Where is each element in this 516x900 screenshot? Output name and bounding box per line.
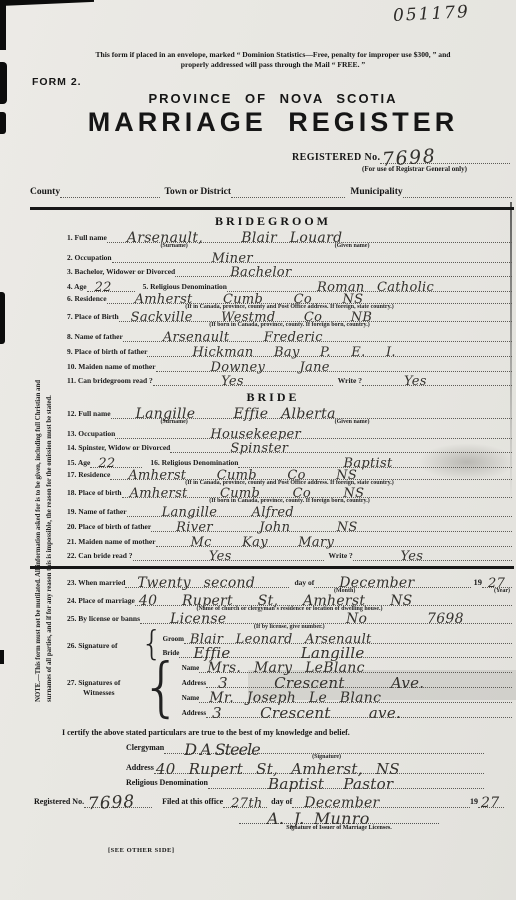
bride-sig-label: Bride — [163, 649, 180, 658]
witness-rows: Name Mrs. Mary LeBlanc Address 3 Crescen… — [182, 658, 512, 718]
hw-registered-no-bottom: 7698 — [88, 796, 136, 811]
witnesses-label-col: 27. Signatures of Witnesses — [67, 678, 141, 698]
hw-bride-full-name: Langille Effie Alberta — [136, 408, 336, 421]
hw-registered-no: 7698 — [382, 150, 437, 167]
signature-of-block: 26. Signature of { Groom Blair Leonard A… — [67, 630, 512, 658]
denomination-label: Religious Denomination — [126, 778, 208, 789]
county-label: County — [30, 187, 60, 198]
clergyman-address-label: Address — [126, 763, 154, 774]
bride-father-birthplace-line: River John NS — [151, 516, 512, 532]
row-clergyman: Clergyman D A Steele — [126, 739, 484, 754]
issuer-signature-block: A. J. Munro Signature of Issuer of Marri… — [239, 808, 439, 832]
row-groom-occupation: 2. Occupation Miner — [67, 249, 512, 263]
groom-residence-label: 6. Residence — [67, 294, 107, 304]
row-bride-occupation: 13. Occupation Housekeeper — [67, 425, 512, 439]
row-groom-age-religion: 4. Age 22 5. Religious Denomination Roma… — [67, 277, 512, 292]
groom-mother-label: 10. Maiden name of mother — [67, 362, 156, 372]
filed-month-line: December — [292, 792, 470, 808]
municipality-label: Municipality — [350, 187, 402, 198]
see-other-side-note: [SEE OTHER SIDE] — [108, 847, 512, 854]
witness2-address-label: Address — [182, 709, 206, 718]
witness1-address-line: 3 Crescent Ave. — [206, 672, 512, 688]
witness1-name-line: Mrs. Mary LeBlanc — [199, 657, 512, 673]
clergyman-address-line: 40 Rupert St, Amherst, NS — [154, 759, 484, 774]
bride-birthplace-line: Amherst Cumb Co NS — [122, 485, 512, 498]
witness2-name-line: Mr. Joseph Le Blanc — [199, 687, 512, 703]
hw-bride-write: Yes — [401, 550, 424, 563]
witnesses-label-line2: Witnesses — [83, 688, 141, 698]
row-witness1-name: Name Mrs. Mary LeBlanc — [182, 658, 512, 673]
bride-full-name-line: Langille Effie Alberta — [111, 403, 512, 419]
marriage-section: 23. When married Twenty second day of De… — [67, 573, 512, 718]
denomination-line: Baptist Pastor — [208, 773, 484, 789]
row-groom-mother: 10. Maiden name of mother Downey Jane — [67, 357, 512, 372]
bride-section: 12. Full name Langille Effie Alberta (Su… — [67, 404, 512, 561]
mailing-notice: This form if placed in an envelope, mark… — [34, 50, 512, 69]
hw-groom-birthplace: Sackville Westmd Co NB — [131, 311, 373, 324]
row-place-of-marriage: 24. Place of marriage 40 Rupert St, Amhe… — [67, 594, 512, 606]
row-bride-signature: Bride Effie Langille — [163, 644, 512, 658]
town-label: Town or District — [165, 187, 232, 198]
form-number-label: FORM 2. — [32, 76, 512, 88]
town-line — [231, 181, 345, 198]
bridegroom-section: 1. Full name Arsenault, Blair Louard (Su… — [67, 228, 512, 386]
bride-status-line: Spinster — [170, 438, 512, 453]
clergyman-line: D A Steele — [164, 738, 484, 754]
when-married-line: Twenty second — [125, 572, 289, 588]
registered-no-label: REGISTERED No. — [292, 152, 380, 164]
hw-month: December — [339, 577, 414, 590]
brace-icon: { — [141, 659, 182, 717]
hw-filed-year: 27 — [481, 797, 499, 810]
registered-no-bottom-line: 7698 — [84, 792, 152, 808]
certify-statement: I certify the above stated particulars a… — [62, 728, 512, 737]
filed-day-of-label: day of — [271, 797, 292, 808]
row-when-married: 23. When married Twenty second day of De… — [67, 573, 512, 588]
bride-occupation-label: 13. Occupation — [67, 429, 115, 439]
row-bride-read-write: 22. Can bride read ? Yes Write ? Yes — [67, 547, 512, 561]
hw-bride-read: Yes — [209, 550, 232, 563]
row-groom-birthplace: 7. Place of Birth Sackville Westmd Co NB — [67, 310, 512, 322]
hw-clergyman-signature: D A Steele — [184, 743, 259, 756]
groom-read-line: Yes — [153, 371, 333, 386]
row-bride-mother: 21. Maiden name of mother Mc Kay Mary — [67, 532, 512, 547]
marriage-register-scan: NOTE.—This form must not be mutilated. A… — [0, 0, 516, 900]
bride-residence-label: 17. Residence — [67, 470, 110, 480]
row-groom-residence: 6. Residence Amherst Cumb Co NS — [67, 292, 512, 304]
hw-license: License No 7698 — [170, 613, 464, 626]
groom-age-line: 22 — [87, 276, 135, 292]
hw-bride-residence: Amherst Cumb Co NS — [128, 469, 357, 482]
bride-read-label: 22. Can bride read ? — [67, 551, 133, 561]
row-bride-father-birthplace: 20. Place of birth of father River John … — [67, 517, 512, 532]
bride-write-line: Yes — [353, 546, 512, 561]
hw-denomination: Baptist Pastor — [268, 778, 393, 791]
groom-occupation-label: 2. Occupation — [67, 253, 112, 263]
hw-groom-write: Yes — [404, 375, 427, 388]
row-witness1-address: Address 3 Crescent Ave. — [182, 673, 512, 688]
license-line: License No 7698 — [140, 611, 512, 624]
row-clergyman-address: Address 40 Rupert St, Amherst, NS — [126, 760, 484, 774]
groom-birthplace-line: Sackville Westmd Co NB — [119, 309, 512, 322]
row-denomination: Religious Denomination Baptist Pastor — [126, 774, 484, 789]
scan-artifact-left-blob-2 — [0, 112, 6, 134]
row-witness2-address: Address 3 Crescent ave. — [182, 703, 512, 718]
scan-artifact-left-blob-3 — [0, 292, 5, 344]
row-groom-read-write: 11. Can bridegroom read ? Yes Write ? Ye… — [67, 372, 512, 386]
hw-groom-full-name: Arsenault, Blair Louard — [127, 232, 343, 245]
year-prefix: 19 — [474, 578, 483, 588]
row-bride-status: 14. Spinster, Widow or Divorced Spinster — [67, 439, 512, 453]
month-line: December — [314, 572, 470, 588]
filed-year-prefix: 19 — [470, 797, 478, 808]
hw-place-of-marriage: 40 Rupert St, Amherst NS — [139, 595, 413, 608]
groom-full-name-label: 1. Full name — [67, 233, 107, 243]
filed-day-line: 27th — [223, 792, 267, 808]
page-title: MARRIAGE REGISTER — [34, 108, 512, 136]
row-witness2-name: Name Mr. Joseph Le Blanc — [182, 688, 512, 703]
mailing-notice-line1: This form if placed in an envelope, mark… — [34, 50, 512, 60]
groom-sig-line: Blair Leonard Arsenault — [184, 629, 512, 644]
bride-father-label: 19. Name of father — [67, 507, 127, 517]
groom-age-label: 4. Age — [67, 282, 87, 292]
mailing-notice-line2: properly addressed will pass through the… — [34, 60, 512, 70]
groom-write-line: Yes — [362, 371, 512, 386]
groom-religion-line: Roman Catholic — [227, 276, 512, 292]
year-line: 27 — [482, 572, 512, 588]
hw-groom-residence: Amherst Cumb Co NS — [135, 293, 364, 306]
row-groom-status: 3. Bachelor, Widower or Divorced Bachelo… — [67, 263, 512, 277]
bride-religion-line: Baptist — [238, 452, 512, 468]
bride-read-line: Yes — [133, 546, 324, 561]
row-groom-full-name: 1. Full name Arsenault, Blair Louard — [67, 228, 512, 243]
bride-residence-line: Amherst Cumb Co NS — [110, 467, 512, 480]
row-bride-age-religion: 15. Age 22 16. Religious Denomination Ba… — [67, 453, 512, 468]
filed-label: Filed at this office — [162, 797, 223, 808]
witness1-name-label: Name — [182, 664, 200, 673]
hw-year: 27 — [488, 577, 505, 590]
day-of-label: day of — [294, 578, 314, 588]
witnesses-label-line1: 27. Signatures of — [67, 678, 141, 688]
registered-no-row: REGISTERED No. 7698 — [292, 144, 510, 164]
license-label: 25. By license or banns — [67, 614, 140, 624]
groom-mother-line: Downey Jane — [156, 356, 512, 372]
row-groom-father-birthplace: 9. Place of birth of father Hickman Bay … — [67, 342, 512, 357]
groom-read-label: 11. Can bridegroom read ? — [67, 376, 153, 386]
bride-full-name-label: 12. Full name — [67, 409, 111, 419]
groom-father-label: 8. Name of father — [67, 332, 123, 342]
hw-groom-read: Yes — [221, 375, 244, 388]
county-line — [60, 181, 159, 198]
hw-issuer-signature: A. J. Munro — [267, 812, 370, 825]
scan-artifact-left-strip — [0, 0, 6, 50]
groom-birthplace-label: 7. Place of Birth — [67, 312, 119, 322]
row-bride-birthplace: 18. Place of birth Amherst Cumb Co NS — [67, 486, 512, 498]
form-content: This form if placed in an envelope, mark… — [34, 0, 512, 854]
groom-father-birthplace-line: Hickman Bay P. E. I. — [147, 341, 512, 357]
bride-father-line: Langille Alfred — [127, 503, 512, 517]
row-groom-signature: Groom Blair Leonard Arsenault — [163, 630, 512, 644]
bride-sig-line: Effie Langille — [179, 643, 512, 658]
bride-birthplace-label: 18. Place of birth — [67, 488, 122, 498]
scan-artifact-left-blob-4 — [0, 650, 4, 664]
section-divider-middle — [30, 566, 514, 569]
bride-occupation-line: Housekeeper — [115, 424, 512, 439]
bride-age-label: 15. Age — [67, 458, 90, 468]
groom-occupation-line: Miner — [112, 248, 512, 263]
county-row: County Town or District Municipality — [30, 182, 512, 198]
witness2-name-label: Name — [182, 694, 200, 703]
province-heading: PROVINCE OF NOVA SCOTIA — [34, 91, 512, 106]
signature-of-label-col: 26. Signature of — [67, 635, 141, 653]
bride-age-line: 22 — [90, 452, 142, 468]
row-registered-filed: Registered No. 7698 Filed at this office… — [34, 793, 504, 808]
place-of-marriage-line: 40 Rupert St, Amherst NS — [135, 593, 512, 606]
signature-rows: Groom Blair Leonard Arsenault Bride Effi… — [163, 630, 512, 658]
section-divider-top — [30, 207, 514, 210]
clergyman-label: Clergyman — [126, 743, 164, 754]
row-bride-residence: 17. Residence Amherst Cumb Co NS — [67, 468, 512, 480]
groom-residence-line: Amherst Cumb Co NS — [107, 291, 512, 304]
issuer-signature-line: A. J. Munro — [239, 808, 439, 824]
when-married-label: 23. When married — [67, 578, 125, 588]
groom-status-line: Bachelor — [175, 262, 512, 277]
municipality-line — [403, 181, 512, 198]
hw-bride-birthplace: Amherst Cumb Co NS — [130, 487, 365, 500]
row-license: 25. By license or banns License No 7698 — [67, 612, 512, 624]
signature-of-label: 26. Signature of — [67, 641, 118, 651]
registered-no-line: 7698 — [380, 143, 510, 164]
groom-full-name-line: Arsenault, Blair Louard — [107, 227, 512, 243]
witnesses-block: 27. Signatures of Witnesses { Name Mrs. … — [67, 658, 512, 718]
bride-write-label: Write ? — [329, 551, 353, 561]
groom-father-birthplace-label: 9. Place of birth of father — [67, 347, 147, 357]
witness2-address-line: 3 Crescent ave. — [206, 702, 512, 718]
hw-witness2-address: 3 Crescent ave. — [212, 707, 401, 720]
groom-father-line: Arsenault Frederic — [123, 327, 512, 342]
bride-mother-line: Mc Kay Mary — [156, 531, 512, 547]
place-of-marriage-label: 24. Place of marriage — [67, 596, 135, 606]
groom-write-label: Write ? — [338, 376, 362, 386]
registered-no-bottom-label: Registered No. — [34, 797, 84, 808]
scan-artifact-left-blob-1 — [0, 62, 7, 104]
row-bride-full-name: 12. Full name Langille Effie Alberta — [67, 404, 512, 419]
filed-year-line: 27 — [478, 792, 504, 808]
hw-when-married: Twenty second — [137, 577, 255, 590]
bride-father-birthplace-label: 20. Place of birth of father — [67, 522, 151, 532]
row-groom-father: 8. Name of father Arsenault Frederic — [67, 328, 512, 342]
